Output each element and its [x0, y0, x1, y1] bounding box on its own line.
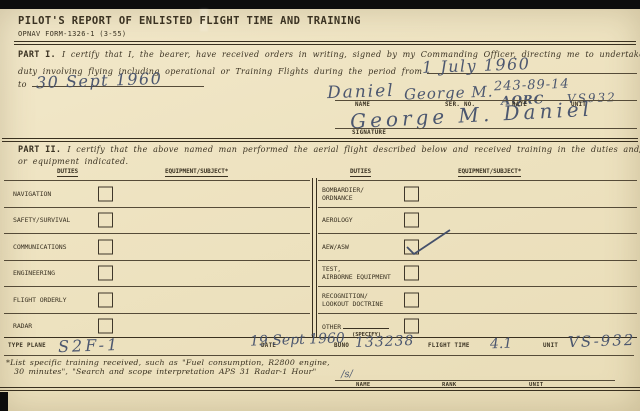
duties-table-left: NAVIGATION SAFETY/SURVIVAL COMMUNICATION… — [4, 180, 310, 339]
form-bottom-divider — [0, 387, 640, 391]
duty-label: TEST, AIRBORNE EQUIPMENT — [322, 265, 391, 281]
duty-label: COMMUNICATIONS — [13, 243, 66, 251]
checkbox-flight-orderly — [98, 292, 113, 307]
part1-line1: PART I. I certify that I, the bearer, ha… — [18, 49, 637, 61]
other-blank-line — [343, 321, 389, 329]
duty-row-bombardier-ordnance: BOMBARDIER/ ORDNANCE — [318, 181, 637, 208]
part2-label: PART II. — [18, 144, 61, 156]
header-divider — [14, 41, 636, 45]
unit-bottom-label: UNIT — [543, 343, 558, 349]
equipment-header-left: EQUIPMENT/SUBJECT* — [165, 168, 228, 177]
part2-line1: PART II. I certify that the above named … — [18, 144, 637, 156]
checkbox-aerology — [404, 213, 419, 228]
date-handwriting: 19 Sept 1960 — [250, 330, 345, 349]
duty-row-navigation: NAVIGATION — [4, 181, 310, 208]
checkbox-test-airborne-equipment — [404, 266, 419, 281]
duty-label: ENGINEERING — [13, 269, 55, 277]
duty-row-flight-orderly: FLIGHT ORDERLY — [4, 287, 310, 314]
scan-corner-artifact — [0, 392, 8, 411]
part1-certify-text1: I certify that I, the bearer, have recei… — [62, 49, 640, 61]
signature-line — [335, 128, 637, 129]
footnote-line2: 30 minutes", "Search and scope interpret… — [14, 367, 316, 376]
duty-label: BOMBARDIER/ ORDNANCE — [322, 186, 364, 202]
bottom-signature-line — [335, 380, 615, 381]
type-plane-handwriting: S2F-1 — [58, 335, 121, 356]
slash-s-handwriting: /s/ — [341, 369, 353, 380]
scanned-form: PILOT'S REPORT OF ENLISTED FLIGHT TIME A… — [0, 0, 640, 411]
unit-bottom-handwriting: VS-932 — [568, 331, 636, 351]
checkbox-navigation — [98, 186, 113, 201]
type-plane-label: TYPE PLANE — [8, 343, 46, 349]
checkbox-radar — [98, 319, 113, 334]
duties-header-left: DUTIES — [57, 168, 78, 177]
flight-time-handwriting: 4.1 — [490, 336, 513, 353]
duty-row-aerology: AEROLOGY — [318, 208, 637, 235]
checkbox-communications — [98, 239, 113, 254]
duty-row-engineering: ENGINEERING — [4, 261, 310, 288]
checkbox-recognition-lookout — [404, 292, 419, 307]
part2-certify-text2: or equipment indicated. — [18, 156, 128, 168]
buno-handwriting: 133238 — [355, 333, 415, 351]
checkbox-aew-asw — [404, 239, 419, 254]
signature-label: SIGNATURE — [352, 130, 386, 136]
checkbox-bombardier-ordnance — [404, 186, 419, 201]
duty-label: AEROLOGY — [322, 216, 353, 224]
column-divider — [312, 178, 317, 338]
flight-row-rule — [4, 355, 634, 356]
checkbox-safety-survival — [98, 213, 113, 228]
checkbox-other — [404, 319, 419, 334]
duty-label: RADAR — [13, 322, 32, 330]
part2-certify-text1: I certify that the above named man perfo… — [67, 144, 640, 156]
footnote-line1: *List specific training received, such a… — [6, 358, 330, 367]
duty-row-safety-survival: SAFETY/SURVIVAL — [4, 208, 310, 235]
duty-label: RECOGNITION/ LOOKOUT DOCTRINE — [322, 292, 383, 308]
duty-row-aew-asw: AEW/ASW — [318, 234, 637, 261]
name-label: NAME — [355, 102, 370, 108]
part2-line2: or equipment indicated. — [18, 156, 637, 168]
part-divider — [2, 138, 638, 142]
form-number: OPNAV FORM-1326-1 (3-55) — [18, 30, 126, 38]
duty-row-recognition-lookout: RECOGNITION/ LOOKOUT DOCTRINE — [318, 287, 637, 314]
buno-label: BUNO — [334, 343, 349, 349]
duty-label: NAVIGATION — [13, 190, 51, 198]
duty-label: AEW/ASW — [322, 243, 349, 251]
flight-time-label: FLIGHT TIME — [428, 343, 470, 349]
equipment-header-right: EQUIPMENT/SUBJECT* — [458, 168, 521, 177]
from-date-handwriting: 1 July 1960 — [422, 54, 531, 77]
duty-label: FLIGHT ORDERLY — [13, 296, 66, 304]
checkbox-engineering — [98, 266, 113, 281]
duties-table-right: BOMBARDIER/ ORDNANCE AEROLOGY AEW/ASW TE… — [318, 180, 637, 339]
part1-label: PART I. — [18, 49, 56, 61]
to-label: to — [18, 79, 27, 91]
duty-label: SAFETY/SURVIVAL — [13, 216, 70, 224]
duties-header-right: DUTIES — [350, 168, 371, 177]
duty-row-communications: COMMUNICATIONS — [4, 234, 310, 261]
form-title: PILOT'S REPORT OF ENLISTED FLIGHT TIME A… — [18, 15, 361, 27]
duty-row-test-airborne-equipment: TEST, AIRBORNE EQUIPMENT — [318, 261, 637, 288]
